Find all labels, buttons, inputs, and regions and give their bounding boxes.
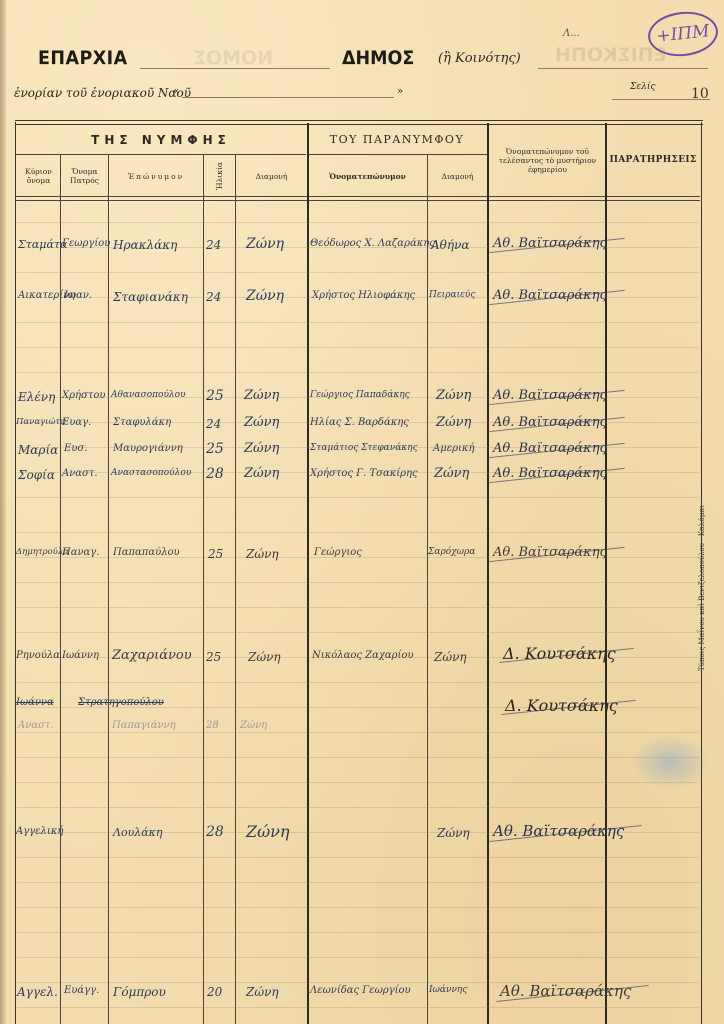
group-header-divider	[307, 154, 487, 155]
cell-best-man-name: Νικόλαος Ζαχαρίου	[312, 650, 414, 661]
page-binding-edge	[0, 0, 6, 1024]
priest-signature: Δ. Κουτσάκης	[503, 644, 616, 663]
cell-father-name: Ιωάννη	[62, 650, 99, 661]
cell-first-name: Ρηνούλα	[16, 650, 60, 661]
cell-best-man-residence: Σαρόχωρα	[428, 547, 475, 557]
dimos-fill-line	[538, 68, 708, 69]
cell-first-name: Ελένη	[18, 390, 55, 404]
col-divider	[307, 123, 309, 1024]
cell-best-man-residence: Ζώνη	[436, 388, 471, 403]
col-header-residence: Διαμονή	[236, 157, 307, 195]
cell-residence: Ζώνη	[244, 388, 279, 403]
eparchia-fill-line	[140, 68, 330, 69]
ruled-line	[17, 582, 699, 583]
col-divider	[235, 155, 236, 1024]
parish-fill-line	[182, 97, 394, 98]
page-number: 10	[691, 86, 709, 102]
cell-residence: Ζώνη	[244, 415, 279, 430]
cell-surname: Ηρακλάκη	[113, 238, 177, 252]
cell-surname: Γόμπρου	[113, 985, 166, 999]
cell-surname-crossed: Στρατηγοπούλου	[78, 697, 164, 708]
cell-best-man-name: Λεωνίδας Γεωργίου	[310, 985, 411, 996]
cell-surname: Μαυρογιάννη	[113, 443, 183, 454]
cell-best-man-name: Γεώργιος	[314, 547, 362, 558]
quote-close: »	[397, 86, 403, 97]
cell-best-man-residence: Ζώνη	[436, 415, 471, 430]
cell-father-name: Ευάγγ.	[64, 985, 99, 996]
col-header-first-name: Κύριον ὄνομα	[17, 157, 60, 195]
cell-age: 25	[206, 388, 224, 404]
priest-signature: Αθ. Βαϊτσαράκης	[493, 288, 607, 303]
col-header-priest: Ὀνοματεπώνυμον τοῦ τελέσαντος τὸ μυστήρι…	[490, 126, 605, 194]
ruled-line	[17, 957, 699, 958]
cell-father-name: Χρήστου	[62, 390, 105, 401]
priest-signature: Αθ. Βαϊτσαράκης	[493, 822, 624, 840]
priest-signature: Αθ. Βαϊτσαράκης	[493, 441, 607, 456]
cell-first-name: Σοφία	[18, 468, 55, 482]
cell-age: 25	[206, 650, 221, 664]
col-header-age: Ἡλικία	[204, 157, 235, 195]
ruled-line	[17, 807, 699, 808]
cell-age: 28	[206, 466, 224, 482]
cell-residence: Ζώνη	[244, 466, 279, 481]
cell-best-man-residence: Ζώνη	[434, 466, 469, 481]
col-header-remarks: ΠΑΡΑΤΗΡΗΣΕΙΣ	[607, 126, 699, 194]
ruled-line	[17, 757, 699, 758]
cell-best-man-name: Χρήστος Γ. Τσακίρης	[310, 468, 418, 479]
cell-father-name: Γεωργίου	[62, 238, 110, 249]
col-header-best-man-residence: Διαμονή	[428, 157, 487, 195]
priest-signature: Δ. Κουτσάκης	[505, 696, 618, 715]
best-man-group-header: ΤΟΥ ΠΑΡΑΝΥΜΦΟΥ	[307, 126, 487, 154]
cell-surname: Λουλάκη	[113, 826, 162, 839]
table-top-border	[15, 120, 703, 125]
priest-signature: Αθ. Βαϊτσαράκης	[500, 982, 631, 1000]
cell-best-man-name: Σταμάτιος Στεφανάκης	[310, 443, 418, 453]
cell-age: 25	[206, 441, 224, 457]
col-divider	[203, 155, 204, 1024]
ruled-line	[17, 682, 699, 683]
ruled-line	[17, 732, 699, 733]
ruled-line	[17, 882, 699, 883]
pencil-mark: Λ...	[563, 28, 580, 39]
cell-father-name: Παναγ.	[62, 547, 99, 558]
priest-signature: Αθ. Βαϊτσαράκης	[493, 415, 607, 430]
ruled-line	[17, 222, 699, 223]
cell-surname: Παπαπαύλου	[113, 547, 180, 558]
priest-signature: Αθ. Βαϊτσαράκης	[493, 388, 607, 403]
col-divider	[60, 155, 61, 1024]
cell-best-man-residence: Ζώνη	[437, 826, 470, 840]
ruled-line	[17, 857, 699, 858]
cell-age: 20	[207, 985, 222, 999]
col-header-age-text: Ἡλικία	[215, 162, 224, 190]
cell-father-name: Ευσ.	[64, 443, 87, 454]
cell-best-man-residence: Αμερική	[433, 443, 474, 454]
cell-best-man-residence: Ιωάννης	[429, 985, 467, 995]
col-divider	[487, 123, 489, 1024]
cell-best-man-residence: Αθήνα	[431, 238, 469, 252]
cell-first-name: Σταμάτα	[18, 238, 67, 251]
cell-age: 28	[206, 824, 224, 840]
ruled-line	[17, 632, 699, 633]
cell-father-name: Ιωαν.	[64, 290, 92, 301]
ruled-line	[17, 372, 699, 373]
col-header-father-name: Ὄνομα Πατρός	[61, 157, 108, 195]
cell-first-name-crossed: Ιωάννα	[16, 697, 54, 708]
cell-father-name: Ευαγ.	[62, 417, 91, 428]
ruled-line	[17, 532, 699, 533]
ruled-line	[17, 932, 699, 933]
parish-label: ἐνορίαν τοῦ ἐνοριακοῦ Ναοῦ	[14, 86, 191, 100]
col-divider	[108, 155, 109, 1024]
cell-best-man-name: Γεώργιος Παπαδάκης	[310, 390, 410, 400]
cell-surname: Σταφυλάκη	[113, 417, 171, 428]
ruled-line	[17, 782, 699, 783]
faint-surname: Παπαγιάννη	[112, 720, 176, 731]
ruled-line	[17, 347, 699, 348]
cell-age: 25	[208, 547, 223, 561]
printer-credit: Τύποις Μαΐνου καὶ Βενιζελοπούλου - Καλάμ…	[698, 505, 706, 671]
cell-best-man-residence: Ζώνη	[434, 650, 467, 664]
ruled-line	[17, 272, 699, 273]
cell-best-man-name: Χρήστος Ηλιοφάκης	[312, 290, 415, 301]
cell-residence: Ζώνη	[246, 288, 284, 304]
koinotis-label: (ἢ Κοινότης)	[438, 51, 521, 66]
priest-signature: Αθ. Βαϊτσαράκης	[493, 545, 607, 560]
ink-stain	[630, 735, 710, 790]
page-label: Σελίς	[630, 82, 655, 92]
ruled-line	[17, 322, 699, 323]
ruled-line	[17, 1007, 699, 1008]
cell-surname: Αθανασοπούλου	[111, 390, 186, 400]
cell-best-man-name: Θεόδωρος Χ. Λαζαράκης	[310, 238, 435, 249]
faint-age: 28	[206, 720, 219, 731]
cell-age: 24	[206, 238, 221, 252]
cell-father-name: Αναστ.	[62, 468, 98, 479]
col-divider	[605, 123, 607, 1024]
quote-open: «	[173, 86, 179, 97]
cell-best-man-name: Ηλίας Σ. Βαρδάκης	[310, 417, 409, 428]
eparchia-label: ΕΠΑΡΧΙΑ	[38, 47, 128, 69]
cell-surname: Σταφιανάκη	[113, 290, 188, 304]
header-bottom-divider	[16, 196, 700, 201]
ruled-line	[17, 607, 699, 608]
col-header-best-man-name: Ὀνοματεπώνυμον	[308, 157, 427, 195]
dimos-label: ΔΗΜΟΣ	[342, 47, 414, 69]
cell-best-man-residence: Πειραιεύς	[429, 290, 475, 300]
register-table	[15, 122, 702, 1024]
faint-residence: Ζώνη	[240, 720, 267, 731]
ruled-line	[17, 907, 699, 908]
cell-age: 24	[206, 290, 221, 304]
cell-first-name: Παναγιώτα	[16, 417, 66, 427]
cell-residence: Ζώνη	[244, 441, 279, 456]
ruled-line	[17, 497, 699, 498]
cell-residence: Ζώνη	[246, 547, 279, 561]
bride-group-header: ΤΗΣ ΝΥΜΦΗΣ	[16, 126, 306, 154]
bleed-through-text: ΕΠΙΣΚΟΠΗ	[555, 44, 667, 66]
col-header-surname: Ἐπώνυμον	[109, 157, 203, 195]
cell-first-name: Αγγελ.	[17, 985, 58, 999]
cell-residence: Ζώνη	[246, 822, 289, 841]
col-divider	[427, 155, 428, 1024]
cell-surname: Αναστασοπούλου	[111, 468, 191, 478]
cell-first-name: Αγγελική	[16, 826, 63, 837]
cell-residence: Ζώνη	[246, 236, 284, 252]
priest-signature: Αθ. Βαϊτσαράκης	[493, 466, 607, 481]
cell-age: 24	[206, 417, 221, 431]
cell-first-name: Μαρία	[18, 443, 58, 457]
priest-signature: Αθ. Βαϊτσαράκης	[493, 236, 607, 251]
cell-surname: Ζαχαριάνου	[112, 648, 192, 663]
cell-residence: Ζώνη	[246, 985, 279, 999]
bleed-through-text: ΝΟΜΟΣ	[193, 47, 273, 69]
cell-residence: Ζώνη	[248, 650, 281, 664]
faint-first-name: Αναστ.	[18, 720, 54, 731]
